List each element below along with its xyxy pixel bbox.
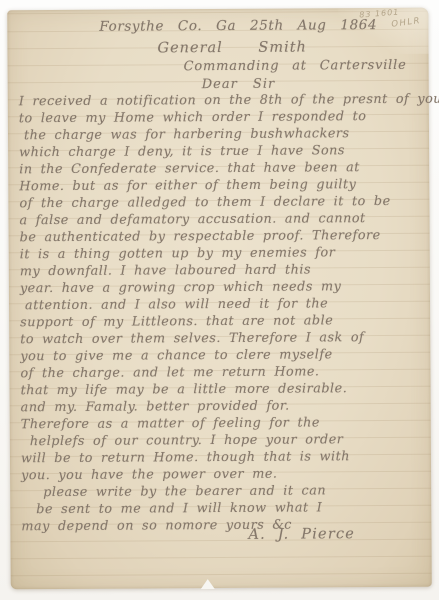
letter-salutation: Dear Sir xyxy=(202,77,276,92)
letter-recipient-title: Commanding at Cartersville xyxy=(184,58,407,74)
photo-background: 83 1601 OHLR Forsythe Co. Ga 25th Aug 18… xyxy=(0,0,439,600)
letter-body: I received a notification on the 8th of … xyxy=(17,91,425,535)
paper-bottom-notch xyxy=(201,579,215,589)
letter-signature: A. J. Pierce xyxy=(248,526,355,543)
letter-line: be authenticated by respectable proof. T… xyxy=(18,227,423,246)
letter-line: may depend on so nomore yours &c xyxy=(19,516,424,535)
letter-recipient: General Smith xyxy=(157,39,307,56)
letter-line: to leave my Home which order I responded… xyxy=(17,108,422,127)
letter-paper: 83 1601 OHLR Forsythe Co. Ga 25th Aug 18… xyxy=(7,8,432,590)
letter-line: to watch over them selves. Therefore I a… xyxy=(18,329,423,348)
letter-dateline: Forsythe Co. Ga 25th Aug 1864 xyxy=(99,17,377,35)
